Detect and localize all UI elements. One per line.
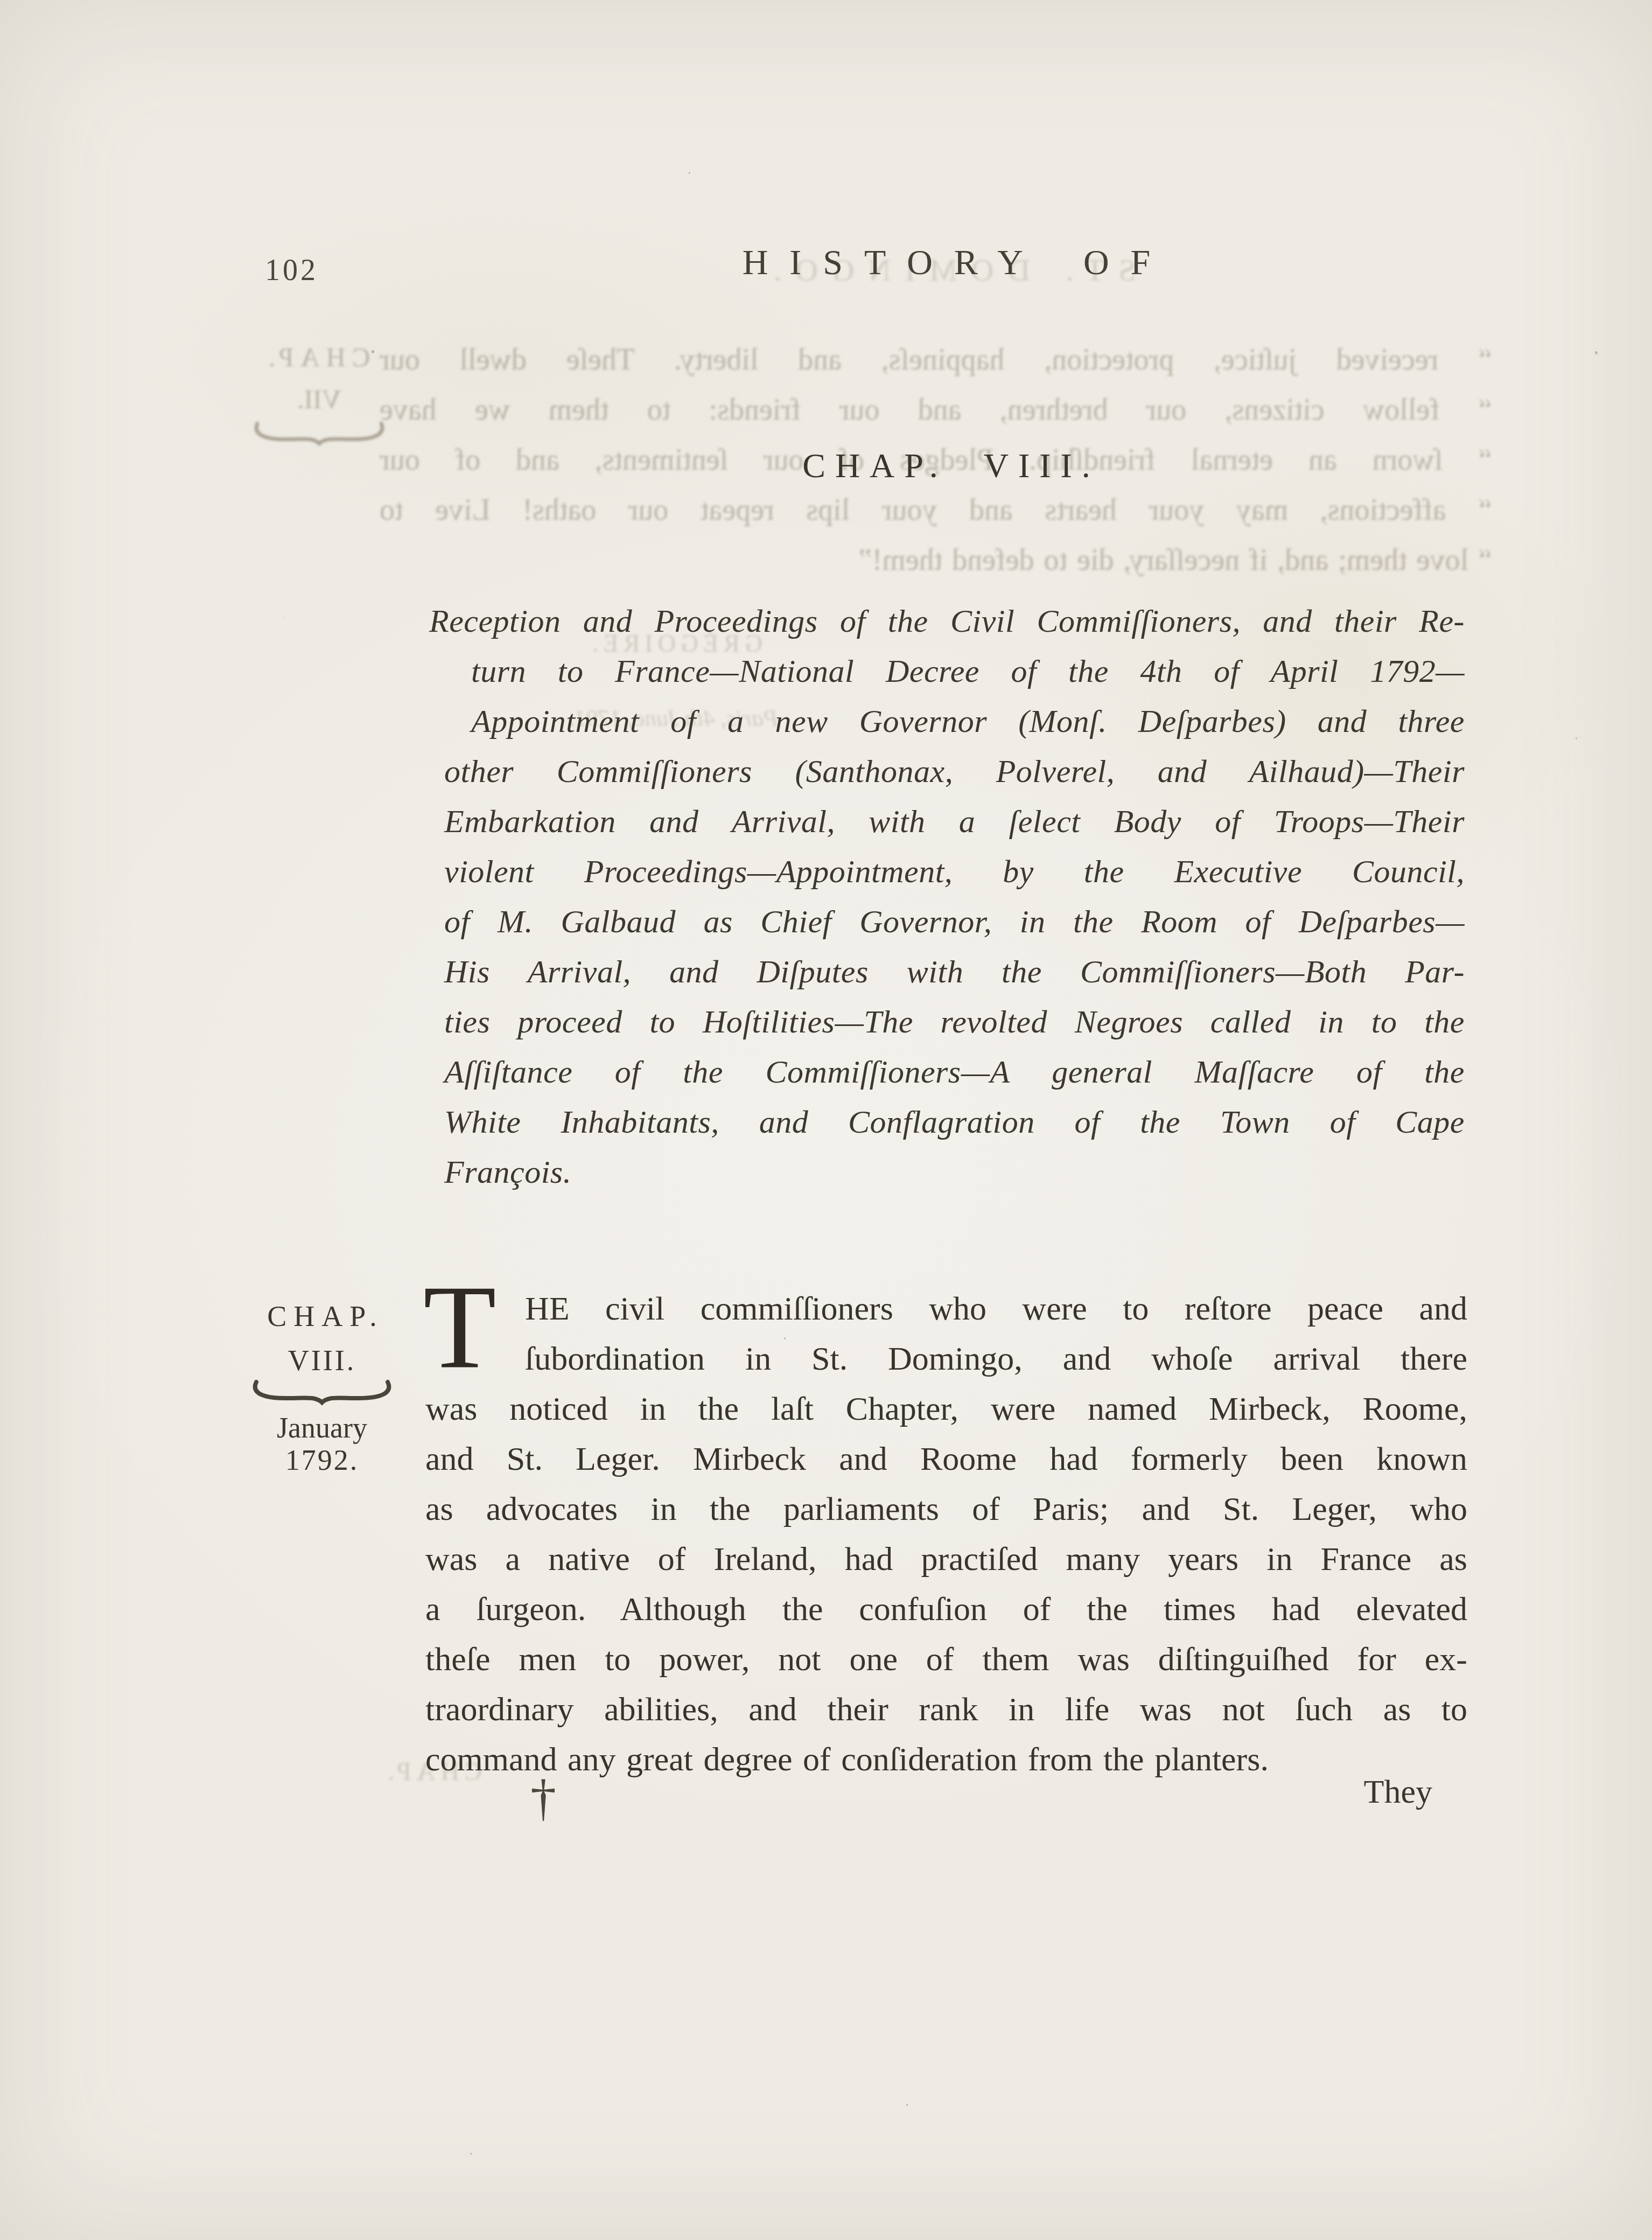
text-line: traordinary abilities, and their rank in…	[425, 1685, 1467, 1735]
text-line: Embarkation and Arrival, with a ſelect B…	[428, 797, 1465, 847]
margin-note-brace-icon	[250, 1377, 394, 1406]
margin-note-year: 1792.	[247, 1445, 397, 1476]
text-line: and St. Leger. Mirbeck and Roome had for…	[425, 1434, 1467, 1484]
chapter-heading: CHAP. VIII.	[425, 446, 1467, 486]
text-line: HE civil commiſſioners who were to reſto…	[425, 1284, 1467, 1334]
text-line: was a native of Ireland, had practiſed m…	[425, 1534, 1467, 1585]
text-line: theſe men to power, not one of them was …	[425, 1635, 1467, 1685]
body-paragraph: T HE civil commiſſioners who were to reſ…	[425, 1284, 1467, 1785]
bleedthrough-margin-note: CHAP. VII.	[241, 339, 397, 447]
text-line: turn to France—National Decree of the 4t…	[428, 646, 1465, 696]
text-line: other Commiſſioners (Santhonax, Polverel…	[428, 746, 1465, 797]
text-line: Aſſiſtance of the Commiſſioners—A genera…	[428, 1047, 1465, 1097]
text-line: ties proceed to Hoſtilities—The revolted…	[428, 997, 1465, 1047]
running-header: HISTORY OF	[425, 242, 1467, 283]
text-line: Reception and Proceedings of the Civil C…	[428, 596, 1465, 646]
text-line: a ſurgeon. Although the confuſion of the…	[425, 1585, 1467, 1635]
text-line: of M. Galbaud as Chief Governor, in the …	[428, 897, 1465, 947]
page-number: 102	[265, 253, 318, 288]
text-line: as advocates in the parliaments of Paris…	[425, 1484, 1467, 1534]
margin-note-month: January	[247, 1412, 397, 1443]
book-page-scan: ST. DOMINGO. “ received juſtice, protect…	[0, 0, 1652, 2240]
bleedthrough-margin-brace-icon	[252, 417, 387, 447]
text-line: “ love them; and, if neceſſary, die to d…	[380, 535, 1492, 585]
text-line: “ fellow citizens, our brethren, and our…	[380, 385, 1492, 435]
text-line: White Inhabitants, and Conflagration of …	[428, 1097, 1465, 1147]
margin-note: CHAP. VIII. January 1792.	[247, 1300, 397, 1476]
paper-specks	[372, 350, 374, 353]
text-line: Appointment of a new Governor (Monſ. Deſ…	[428, 696, 1465, 746]
text-line: was noticed in the laſt Chapter, were na…	[425, 1384, 1467, 1434]
body-lines: HE civil commiſſioners who were to reſto…	[425, 1284, 1467, 1785]
text-line: François.	[428, 1147, 1465, 1197]
drop-cap: T	[423, 1268, 496, 1387]
bleedthrough-margin-numeral: VII.	[241, 381, 397, 417]
bleedthrough-margin-chapter: CHAP.	[241, 339, 397, 375]
text-line: His Arrival, and Diſputes with the Commi…	[428, 947, 1465, 997]
catchword: They	[425, 1773, 1432, 1811]
text-line: “ affections, may your hearts and your l…	[380, 485, 1492, 535]
margin-note-chapter: CHAP.	[247, 1300, 397, 1332]
text-line: “ received juſtice, protection, happineſ…	[380, 335, 1492, 385]
text-line: violent Proceedings—Appointment, by the …	[428, 847, 1465, 897]
text-line: ſubordination in St. Domingo, and whoſe …	[425, 1334, 1467, 1384]
chapter-summary: Reception and Proceedings of the Civil C…	[428, 596, 1465, 1197]
margin-note-numeral: VIII.	[247, 1344, 397, 1377]
